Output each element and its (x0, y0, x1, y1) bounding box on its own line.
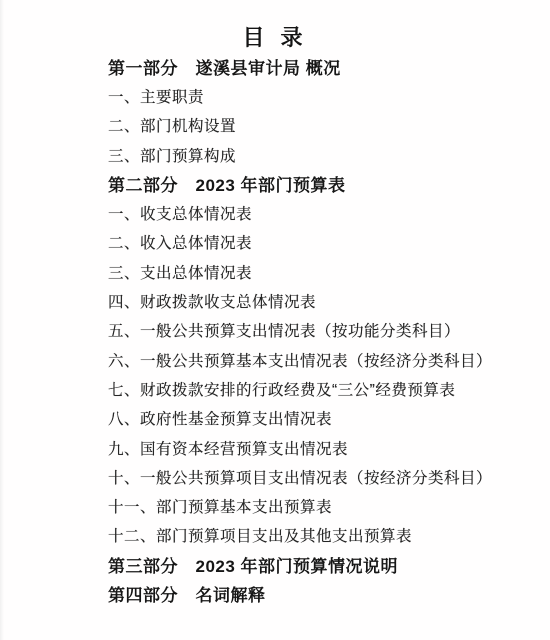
toc-item: 十二、部门预算项目支出及其他支出预算表 (0, 521, 550, 550)
toc-title: 目 录 (0, 0, 550, 52)
toc-entry-text: 三、部门预算构成 (108, 144, 236, 166)
toc-item: 七、财政拨款安排的行政经费及“三公”经费预算表 (0, 374, 550, 403)
toc-entry-text: 七、财政拨款安排的行政经费及“三公”经费预算表 (108, 378, 455, 400)
toc-entry-text: 五、一般公共预算支出情况表（按功能分类科目） (108, 319, 460, 341)
toc-entry-text: 十、一般公共预算项目支出情况表（按经济分类科目） (108, 466, 492, 488)
toc-entry-text: 第二部分 2023 年部门预算表 (108, 171, 346, 196)
toc-list: 第一部分 遂溪县审计局 概况一、主要职责二、部门机构设置三、部门预算构成第二部分… (0, 52, 550, 609)
toc-item: 三、部门预算构成 (0, 140, 550, 169)
toc-item: 一、主要职责 (0, 81, 550, 110)
toc-entry-text: 三、支出总体情况表 (108, 261, 252, 283)
toc-item: 四、财政拨款收支总体情况表 (0, 286, 550, 315)
toc-item: 十一、部门预算基本支出预算表 (0, 491, 550, 520)
toc-item: 五、一般公共预算支出情况表（按功能分类科目） (0, 316, 550, 345)
toc-item: 三、支出总体情况表 (0, 257, 550, 286)
toc-section-heading: 第二部分 2023 年部门预算表 (0, 169, 550, 198)
toc-entry-text: 第一部分 遂溪县审计局 概况 (108, 54, 341, 79)
toc-entry-text: 二、收入总体情况表 (108, 231, 252, 253)
toc-entry-text: 八、政府性基金预算支出情况表 (108, 407, 332, 429)
toc-entry-text: 一、收支总体情况表 (108, 202, 252, 224)
toc-entry-text: 二、部门机构设置 (108, 114, 236, 136)
toc-item: 一、收支总体情况表 (0, 198, 550, 227)
toc-entry-text: 四、财政拨款收支总体情况表 (108, 290, 316, 312)
toc-item: 八、政府性基金预算支出情况表 (0, 404, 550, 433)
toc-entry-text: 六、一般公共预算基本支出情况表（按经济分类科目） (108, 349, 492, 371)
toc-item: 九、国有资本经营预算支出情况表 (0, 433, 550, 462)
toc-item: 二、收入总体情况表 (0, 228, 550, 257)
toc-entry-text: 十二、部门预算项目支出及其他支出预算表 (108, 524, 412, 546)
toc-entry-text: 十一、部门预算基本支出预算表 (108, 495, 332, 517)
toc-entry-text: 九、国有资本经营预算支出情况表 (108, 437, 348, 459)
toc-section-heading: 第三部分 2023 年部门预算情况说明 (0, 550, 550, 579)
toc-item: 六、一般公共预算基本支出情况表（按经济分类科目） (0, 345, 550, 374)
toc-item: 十、一般公共预算项目支出情况表（按经济分类科目） (0, 462, 550, 491)
toc-entry-text: 第三部分 2023 年部门预算情况说明 (108, 552, 398, 577)
scan-edge-shadow (0, 0, 4, 640)
toc-entry-text: 第四部分 名词解释 (108, 581, 266, 606)
toc-entry-text: 一、主要职责 (108, 85, 204, 107)
toc-item: 二、部门机构设置 (0, 111, 550, 140)
toc-section-heading: 第四部分 名词解释 (0, 579, 550, 608)
document-page: 目 录 第一部分 遂溪县审计局 概况一、主要职责二、部门机构设置三、部门预算构成… (0, 0, 550, 640)
toc-section-heading: 第一部分 遂溪县审计局 概况 (0, 52, 550, 81)
